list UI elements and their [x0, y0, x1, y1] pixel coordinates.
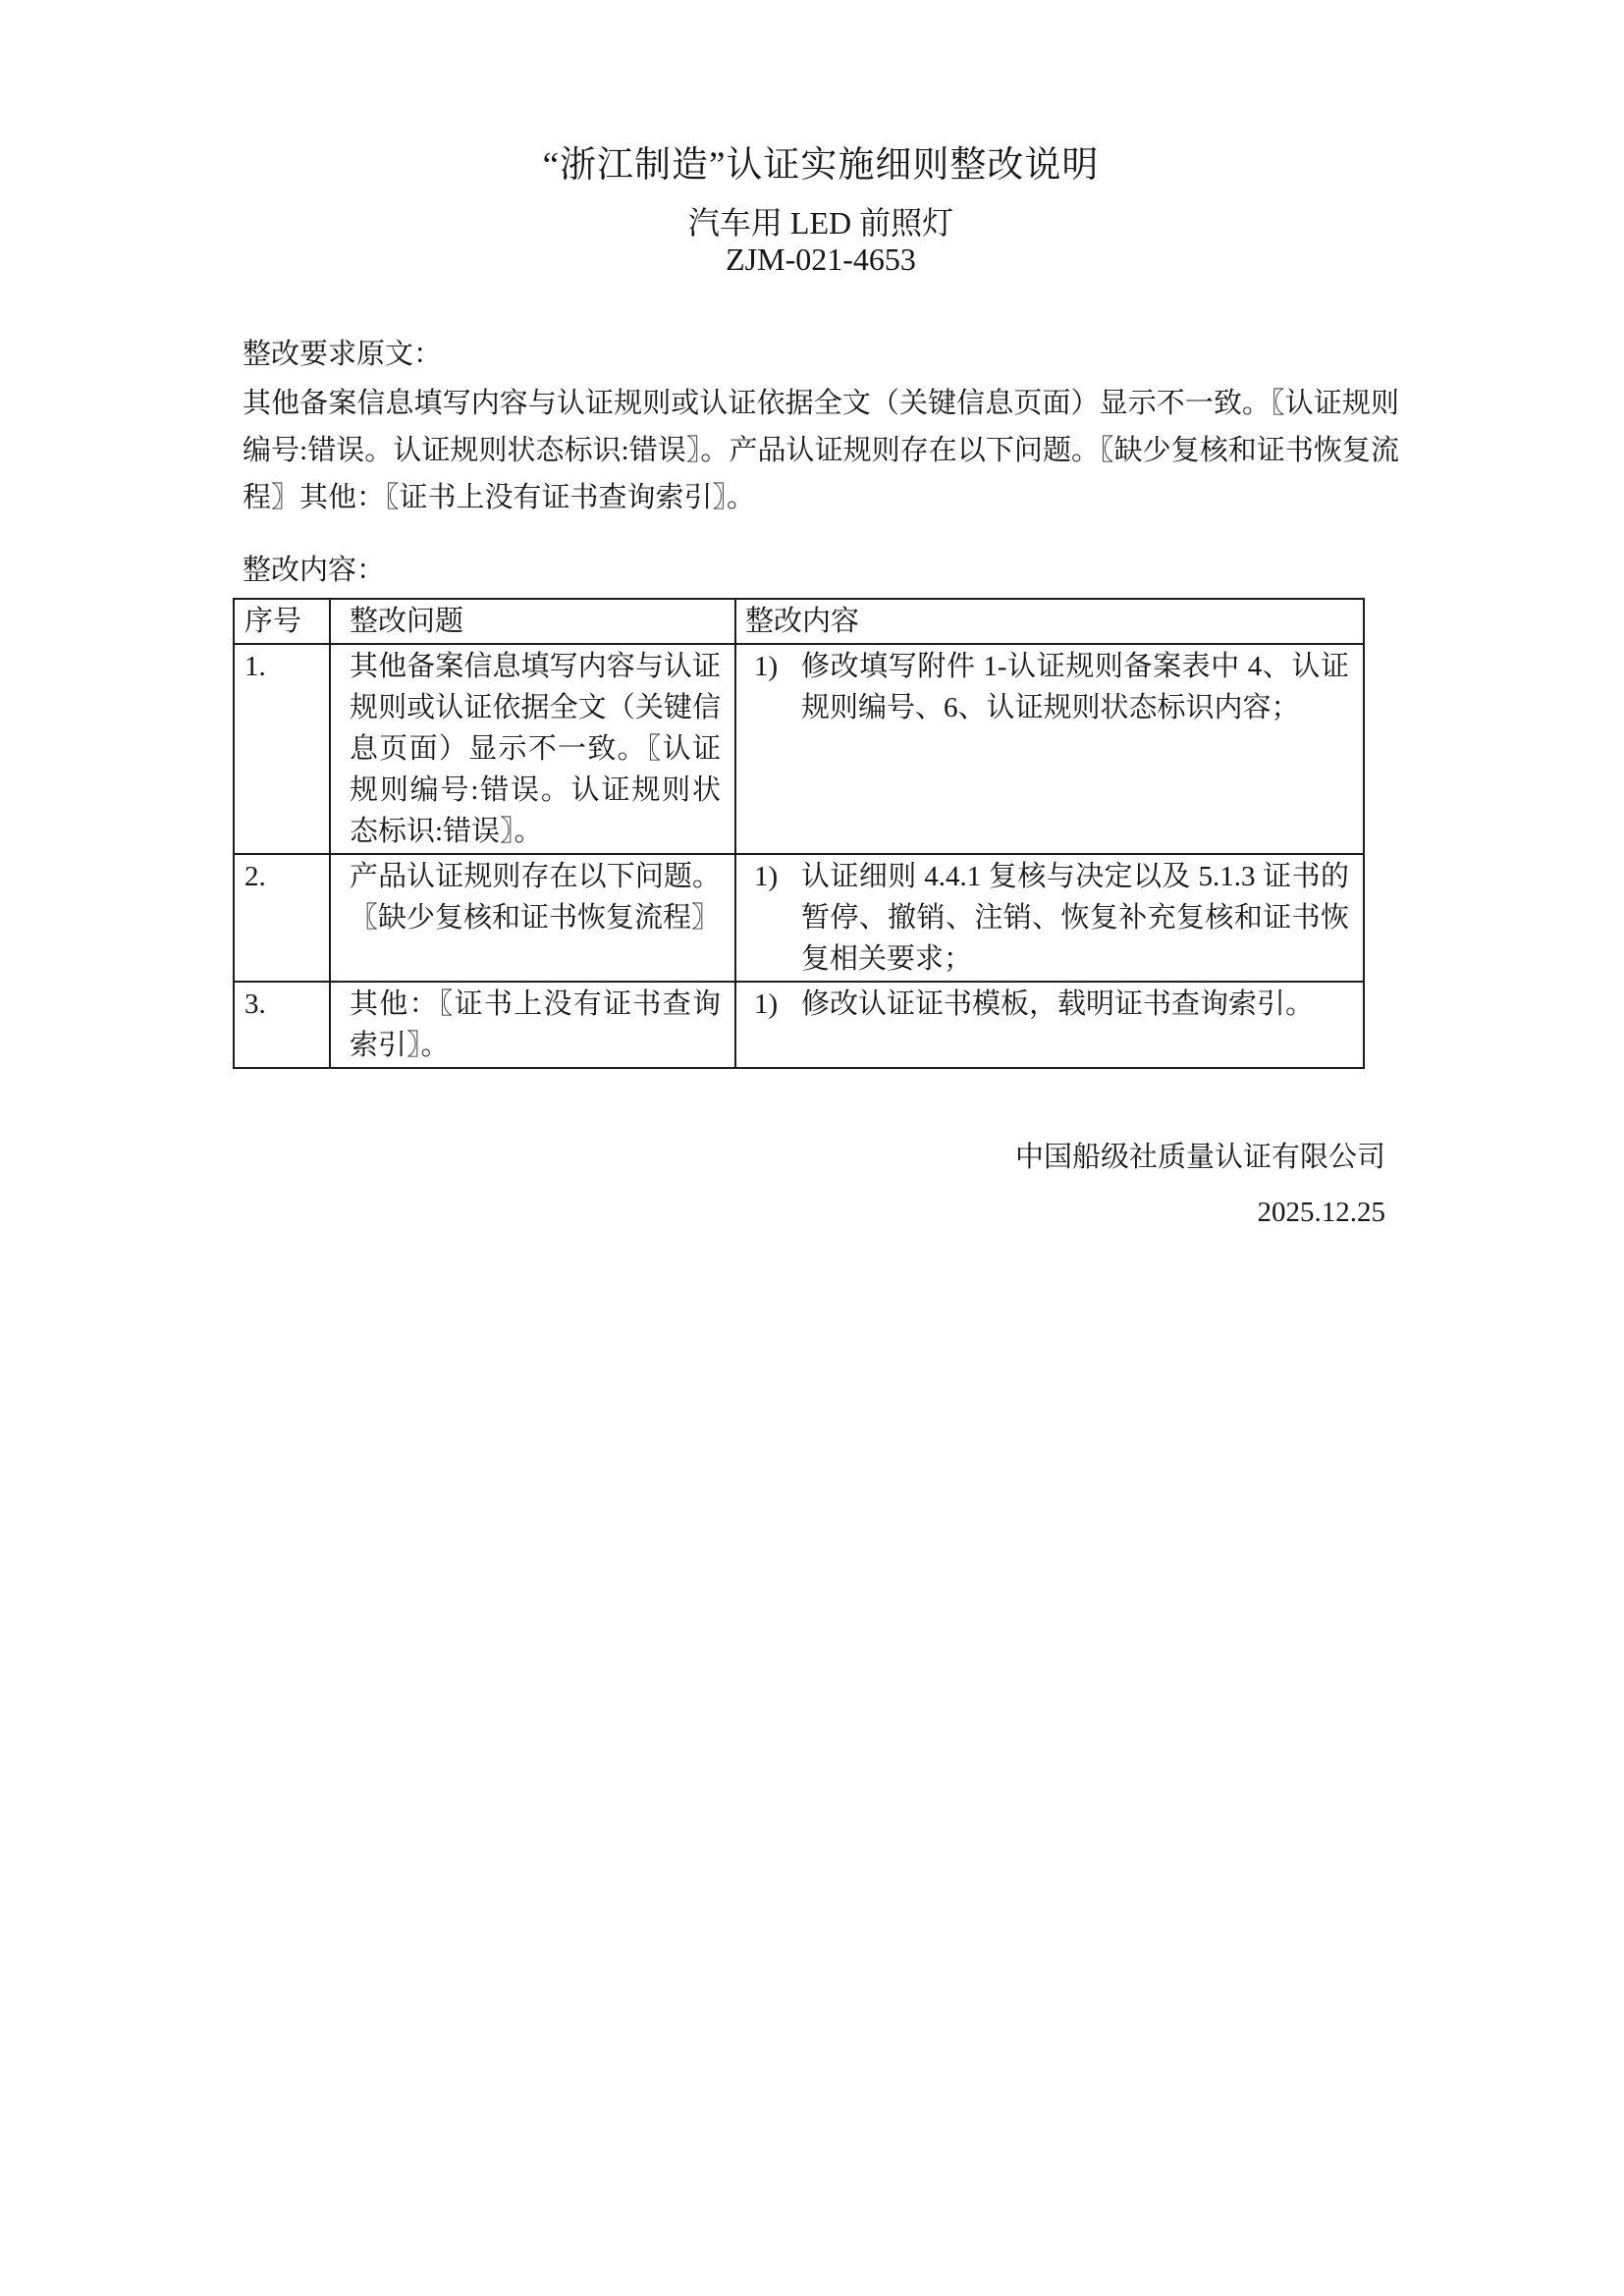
- row-number: 1.: [234, 644, 330, 854]
- col-header-no: 序号: [234, 599, 330, 644]
- item-marker: 1): [745, 646, 801, 728]
- item-text: 修改填写附件 1-认证规则备案表中 4、认证规则编号、6、认证规则状态标识内容；: [801, 646, 1349, 728]
- row-problem: 其他备案信息填写内容与认证规则或认证依据全文（关键信息页面）显示不一致。〖认证规…: [330, 644, 735, 854]
- row-content: 1) 修改认证证书模板，载明证书查询索引。: [735, 982, 1364, 1068]
- table-row: 3. 其他：〖证书上没有证书查询索引〗。 1) 修改认证证书模板，载明证书查询索…: [234, 982, 1364, 1068]
- doc-date: 2025.12.25: [243, 1185, 1385, 1240]
- row-content: 1) 认证细则 4.4.1 复核与决定以及 5.1.3 证书的暂停、撤销、注销、…: [735, 854, 1364, 982]
- table-row: 1. 其他备案信息填写内容与认证规则或认证依据全文（关键信息页面）显示不一致。〖…: [234, 644, 1364, 854]
- row-problem: 产品认证规则存在以下问题。〖缺少复核和证书恢复流程〗: [330, 854, 735, 982]
- item-marker: 1): [745, 984, 801, 1025]
- item-text: 认证细则 4.4.1 复核与决定以及 5.1.3 证书的暂停、撤销、注销、恢复补…: [801, 856, 1349, 980]
- doc-footer: 中国船级社质量认证有限公司 2025.12.25: [243, 1130, 1399, 1240]
- col-header-problem: 整改问题: [330, 599, 735, 644]
- row-content: 1) 修改填写附件 1-认证规则备案表中 4、认证规则编号、6、认证规则状态标识…: [735, 644, 1364, 854]
- table-row: 2. 产品认证规则存在以下问题。〖缺少复核和证书恢复流程〗 1) 认证细则 4.…: [234, 854, 1364, 982]
- item-text: 修改认证证书模板，载明证书查询索引。: [801, 984, 1349, 1025]
- doc-code: ZJM-021-4653: [243, 241, 1399, 278]
- doc-subtitle: 汽车用 LED 前照灯: [243, 205, 1399, 241]
- company-name: 中国船级社质量认证有限公司: [243, 1130, 1385, 1185]
- row-number: 2.: [234, 854, 330, 982]
- requirement-heading: 整改要求原文：: [243, 335, 1399, 374]
- col-header-content: 整改内容: [735, 599, 1364, 644]
- numbered-item: 1) 修改填写附件 1-认证规则备案表中 4、认证规则编号、6、认证规则状态标识…: [745, 646, 1349, 728]
- row-problem: 其他：〖证书上没有证书查询索引〗。: [330, 982, 735, 1068]
- numbered-item: 1) 修改认证证书模板，载明证书查询索引。: [745, 984, 1349, 1025]
- requirement-text: 其他备案信息填写内容与认证规则或认证依据全文（关键信息页面）显示不一致。〖认证规…: [243, 380, 1399, 521]
- rectification-heading: 整改内容：: [243, 551, 1399, 590]
- document-page: “浙江制造”认证实施细则整改说明 汽车用 LED 前照灯 ZJM-021-465…: [0, 0, 1624, 2296]
- row-number: 3.: [234, 982, 330, 1068]
- rectification-table: 序号 整改问题 整改内容 1. 其他备案信息填写内容与认证规则或认证依据全文（关…: [233, 598, 1365, 1069]
- item-marker: 1): [745, 856, 801, 980]
- table-header-row: 序号 整改问题 整改内容: [234, 599, 1364, 644]
- numbered-item: 1) 认证细则 4.4.1 复核与决定以及 5.1.3 证书的暂停、撤销、注销、…: [745, 856, 1349, 980]
- doc-title: “浙江制造”认证实施细则整改说明: [243, 143, 1399, 188]
